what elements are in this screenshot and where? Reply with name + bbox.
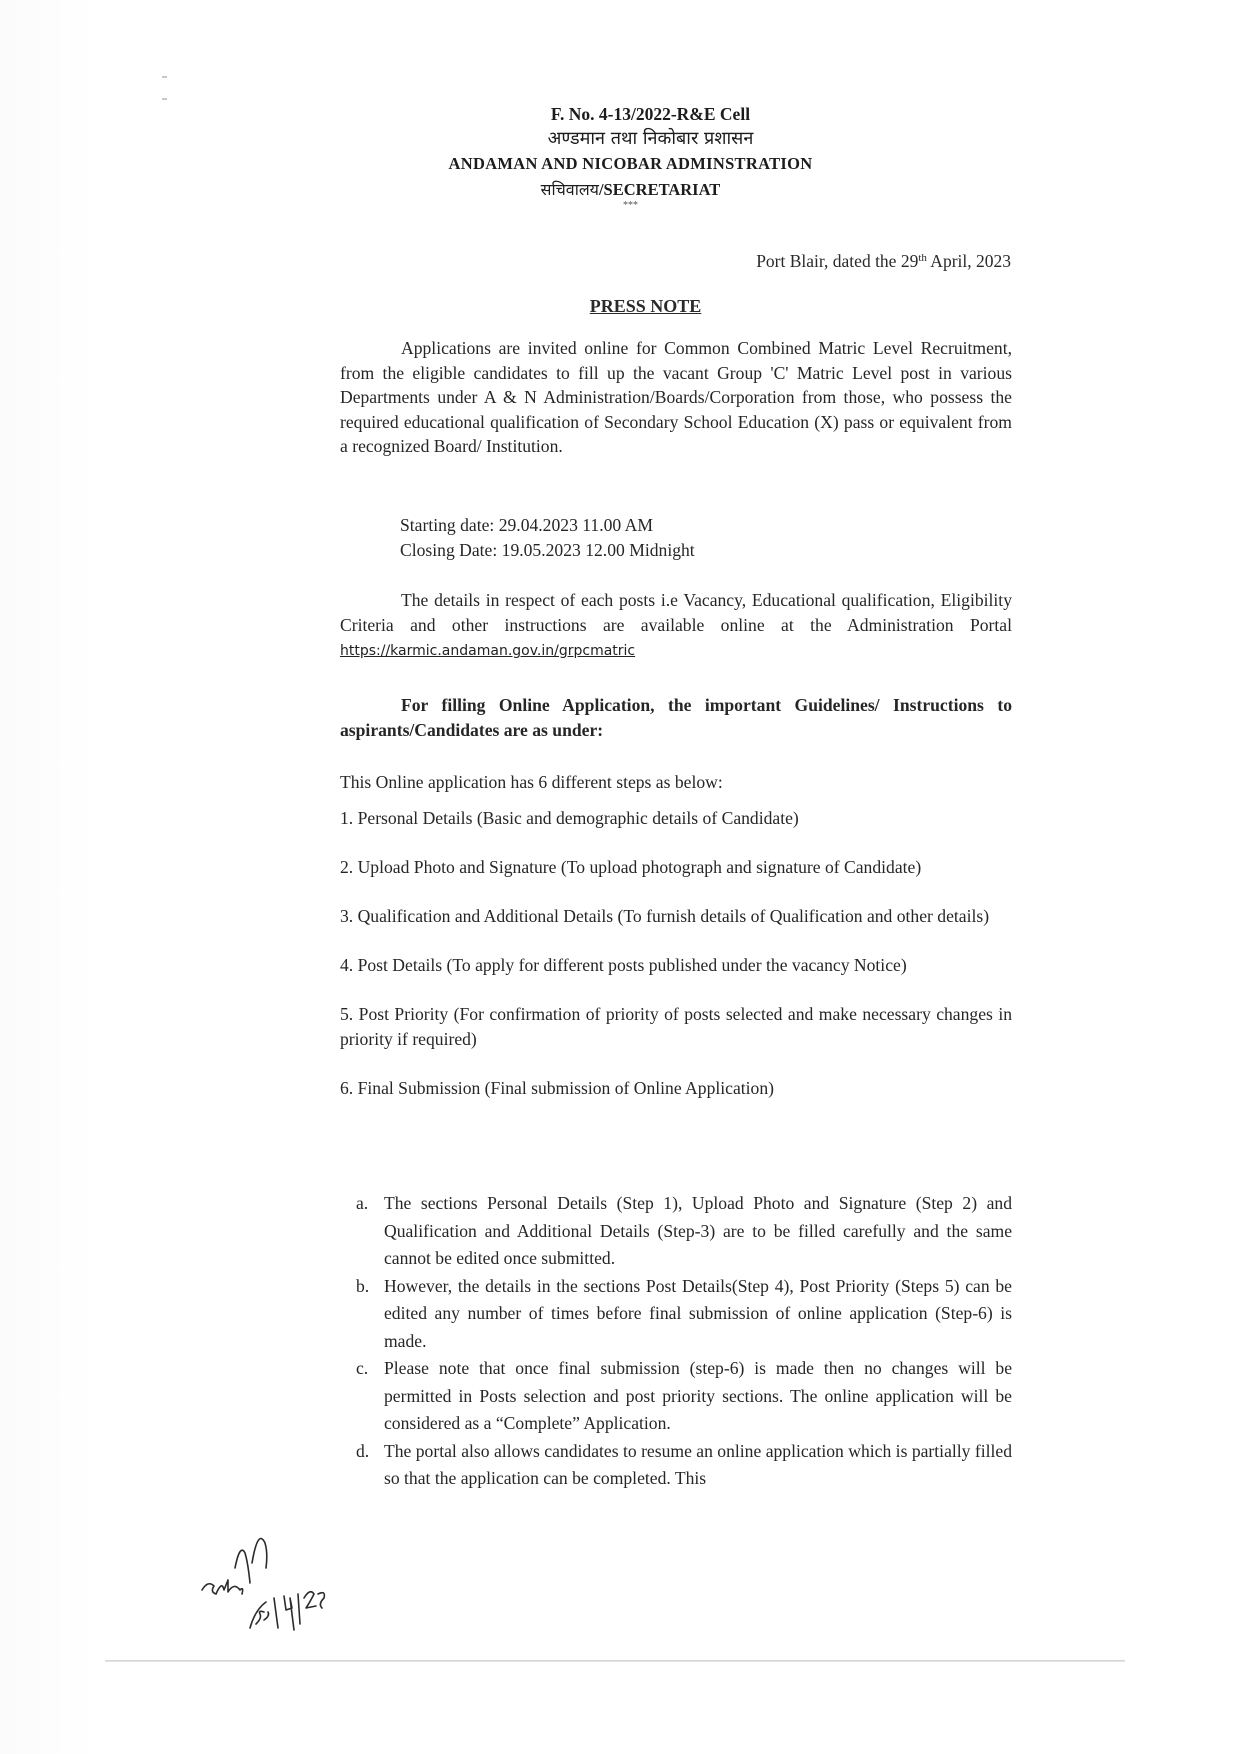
sub-point-text: The portal also allows candidates to res… bbox=[384, 1438, 1012, 1493]
sub-point-label: b. bbox=[356, 1273, 384, 1356]
english-secretariat: /SECRETARIAT bbox=[599, 180, 720, 199]
list-item: 2. Upload Photo and Signature (To upload… bbox=[340, 855, 1012, 880]
hindi-admin-title: अण्डमान तथा निकोबार प्रशासन bbox=[30, 126, 1241, 150]
sub-point-text: However, the details in the sections Pos… bbox=[384, 1273, 1012, 1356]
page-footer-rule bbox=[105, 1660, 1125, 1662]
guidelines-heading: For filling Online Application, the impo… bbox=[340, 693, 1012, 742]
sub-point-label: a. bbox=[356, 1190, 384, 1273]
list-item: 6. Final Submission (Final submission of… bbox=[340, 1076, 1012, 1101]
closing-date: Closing Date: 19.05.2023 12.00 Midnight bbox=[400, 538, 1072, 563]
dateline: Port Blair, dated the 29th April, 2023 bbox=[756, 251, 1011, 272]
list-item: 3. Qualification and Additional Details … bbox=[340, 904, 1012, 929]
intro-paragraph: Applications are invited online for Comm… bbox=[340, 336, 1012, 459]
hindi-secretariat: सचिवालय bbox=[541, 180, 599, 199]
list-item: 4. Post Details (To apply for different … bbox=[340, 953, 1012, 978]
steps-intro: This Online application has 6 different … bbox=[340, 770, 1012, 794]
sub-point-text: Please note that once final submission (… bbox=[384, 1355, 1012, 1438]
details-text: The details in respect of each posts i.e… bbox=[340, 590, 1012, 635]
portal-link[interactable]: https://karmic.andaman.gov.in/grpcmatric bbox=[340, 643, 635, 659]
list-item: 1. Personal Details (Basic and demograph… bbox=[340, 806, 1012, 831]
file-number: F. No. 4-13/2022-R&E Cell bbox=[30, 104, 1241, 125]
english-admin-title: ANDAMAN AND NICOBAR ADMINSTRATION bbox=[10, 154, 1241, 174]
list-item: 5. Post Priority (For confirmation of pr… bbox=[340, 1002, 1012, 1052]
header-separator: *** bbox=[10, 200, 1241, 211]
sub-point: d.The portal also allows candidates to r… bbox=[356, 1438, 1012, 1493]
sub-points-list: a.The sections Personal Details (Step 1)… bbox=[356, 1190, 1012, 1493]
handwritten-signature bbox=[200, 1528, 380, 1638]
dateline-sup: th bbox=[918, 252, 927, 264]
sub-point: a.The sections Personal Details (Step 1)… bbox=[356, 1190, 1012, 1273]
details-paragraph: The details in respect of each posts i.e… bbox=[340, 588, 1012, 664]
starting-date: Starting date: 29.04.2023 11.00 AM bbox=[400, 513, 1072, 538]
dateline-suffix: April, 2023 bbox=[927, 251, 1011, 271]
sub-point-label: d. bbox=[356, 1438, 384, 1493]
secretariat-title: सचिवालय/SECRETARIAT bbox=[10, 178, 1241, 200]
dateline-prefix: Port Blair, dated the 29 bbox=[756, 251, 918, 271]
press-note-page: F. No. 4-13/2022-R&E Cell अण्डमान तथा नि… bbox=[0, 0, 1241, 1754]
sub-point-text: The sections Personal Details (Step 1), … bbox=[384, 1190, 1012, 1273]
page-title: PRESS NOTE bbox=[0, 296, 1241, 317]
sub-point: c.Please note that once final submission… bbox=[356, 1355, 1012, 1438]
sub-point: b.However, the details in the sections P… bbox=[356, 1273, 1012, 1356]
application-dates: Starting date: 29.04.2023 11.00 AM Closi… bbox=[400, 513, 1072, 562]
steps-list: 1. Personal Details (Basic and demograph… bbox=[340, 806, 1012, 1125]
sub-point-label: c. bbox=[356, 1355, 384, 1438]
